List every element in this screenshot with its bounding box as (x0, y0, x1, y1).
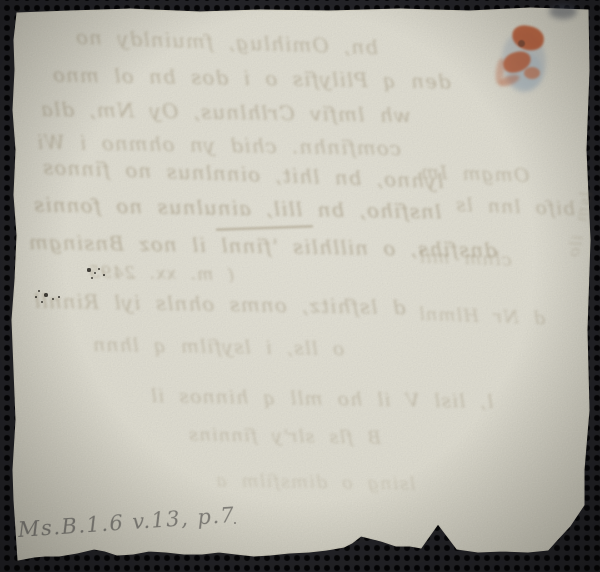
edge-smudge (549, 4, 577, 19)
photo-of-manuscript-fragment: bn, Omihlug, fmuinldy noden q Plilyfis o… (0, 0, 600, 572)
pencil-dot (234, 522, 236, 524)
torn-paper-fragment (0, 0, 600, 572)
